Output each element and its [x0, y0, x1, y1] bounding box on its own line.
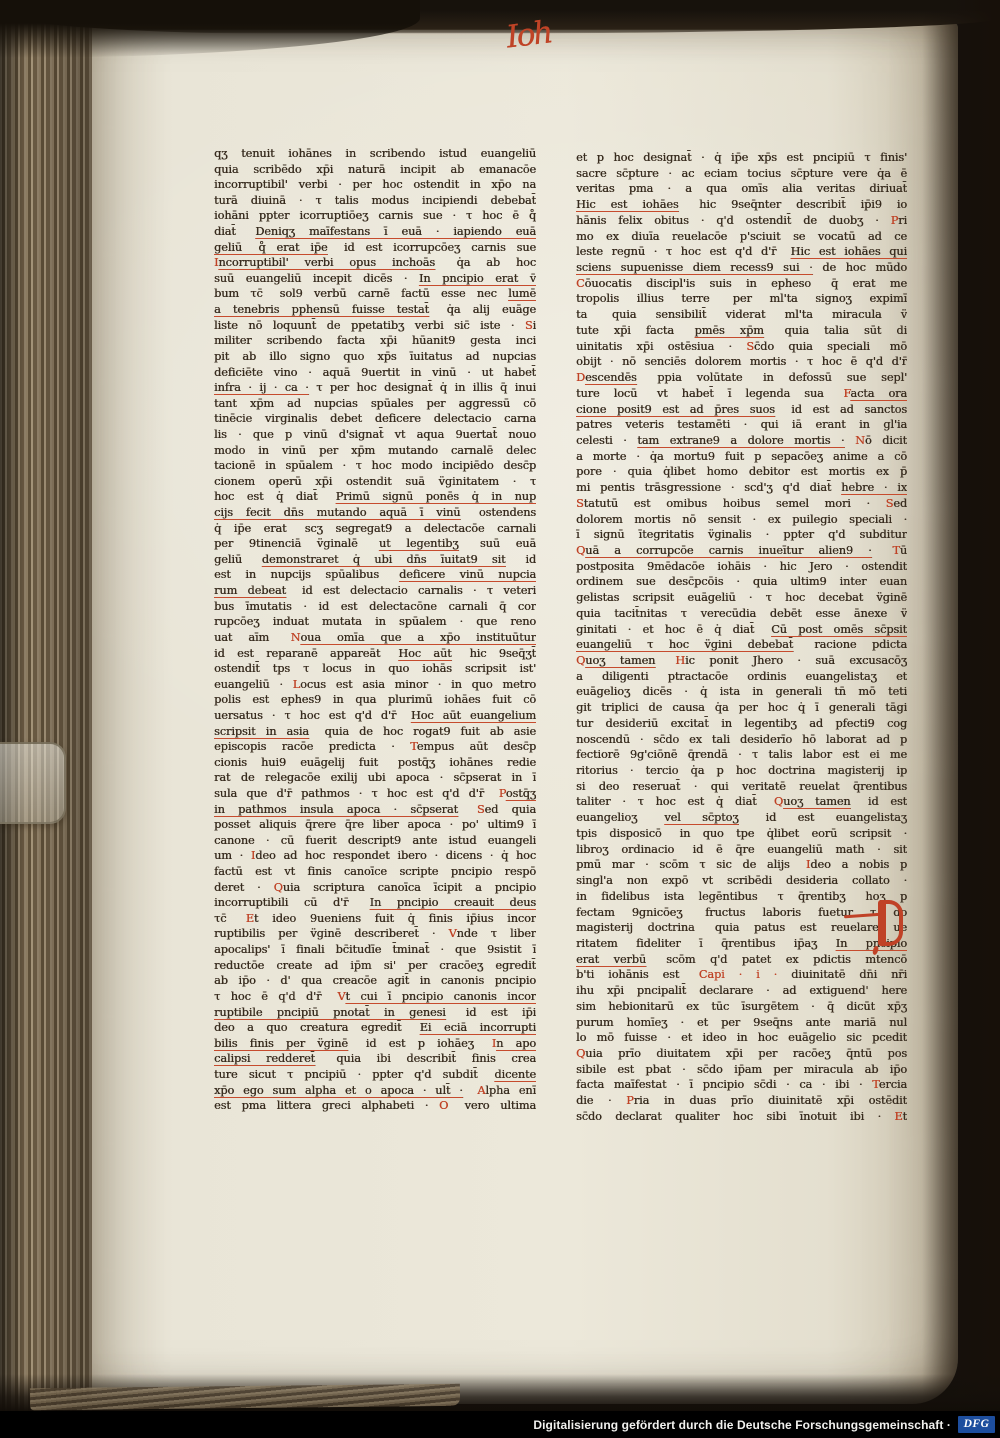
text-line: patres veteris testamēti · qui iā erant … [576, 417, 907, 433]
text-line: Cōuocatis discipl'is suis in epheso q̄ e… [576, 276, 907, 292]
text-line: Quā a corrupcōe carnis inueītur alien9 ·… [576, 543, 907, 559]
text-line: incorruptibili cū d'r̄ In pncipio creaui… [214, 895, 536, 911]
text-column-right: et p hoc designat̄ · q̇ ip̄e xp̄s est pn… [576, 150, 907, 1125]
text-line: ruptibile pncipiū pnotat̄ in genesi id e… [214, 1005, 536, 1021]
text-line: tinēcie virginalis debet deficere delect… [214, 411, 536, 427]
text-line: geliū demonstraret q̇ ubi dn̄s īuitat9 s… [214, 552, 536, 568]
text-line: uersatus · τ hoc est q'd d'r̄ Hoc aūt eu… [214, 708, 536, 724]
page-holder-clip [0, 742, 66, 824]
text-line: ostendit̄ tps τ locus in quo iohās scrip… [214, 661, 536, 677]
text-line: Incorruptibil' verbi opus inchoās q̇a ab… [214, 255, 536, 271]
text-line: si deo reseruat̄ · qui veritatē reuelat … [576, 779, 907, 795]
text-line: suū euangeliū incepit dicēs · In pncipio… [214, 271, 536, 287]
page-right-shadow [922, 0, 1000, 1438]
text-line: hoc est q̇ diat̄ Primū signū ponēs q̇ in… [214, 489, 536, 505]
text-line: euangelioʒ vel sc̄ptoʒ id est euangelist… [576, 810, 907, 826]
text-line: tute xp̄i facta pmēs xp̄m quia talia sūt… [576, 323, 907, 339]
text-line: tacionē in spūalem · τ hoc modo incipiēd… [214, 458, 536, 474]
text-line: incorruptibil' verbi · per hoc ostendit … [214, 177, 536, 193]
text-line: ab ip̄o · d' qua creacōe agit̄ in canoni… [214, 973, 536, 989]
text-line: ihu xp̄i pncipalit̄ declarare · ad extig… [576, 983, 907, 999]
text-line: a morte · q̇a mortu9 fuit p sepacōeʒ ani… [576, 449, 907, 465]
text-line: mo ex diuīa reuelacōe p'sciuit se vocatū… [576, 229, 907, 245]
text-line: cionem operū xp̄i ostendit suā v̈ginitat… [214, 474, 536, 490]
text-line: quia scribēdo xp̄i naturā incipit ab ema… [214, 162, 536, 178]
text-line: a tenebris pphensū fuisse testat̄ q̇a al… [214, 302, 536, 318]
rubric-d-shape [878, 900, 903, 946]
book-scan: Ioh qʒ tenuit iohānes in scribendo istud… [0, 0, 1000, 1438]
text-line: rat de relegacōe exilij ubi apoca · sc̄p… [214, 770, 536, 786]
text-line: uat aīm Noua omīa que a xp̄o instituūtur [214, 630, 536, 646]
text-line: noscendū · sc̄do ex tali desiderīo hō la… [576, 732, 907, 748]
text-line: sibile est pbat · sc̄do ip̄am per miracu… [576, 1062, 907, 1078]
text-line: id est reparanē appareāt Hoc aūt hic 9se… [214, 646, 536, 662]
text-line: uinitatis xp̄i ostēsiua · Sc̄do quia spe… [576, 339, 907, 355]
text-line: Descendēs ppia volūtate in defossū sue s… [576, 370, 907, 386]
text-line: leste regnū · τ hoc est q'd d'r̄ Hic est… [576, 244, 907, 260]
text-line: ritorius · tercio q̇a p hoc doctrina mag… [576, 763, 907, 779]
text-line: sciens supuenisse diem recess9 sui · de … [576, 260, 907, 276]
text-line: lis · que p vinū d'signat̄ vt aqua 9uert… [214, 427, 536, 443]
text-line: euangeliū τ hoc v̈gini debebat̄ racione … [576, 637, 907, 653]
text-line: militer scribendo facta xp̄i hūanit9 ges… [214, 333, 536, 349]
text-line: apocalips' ī finali bc̄itudīe t̄minat̄ ·… [214, 942, 536, 958]
text-line: iohāni ppter icorruptiōeʒ carnis sue · τ… [214, 208, 536, 224]
text-line: factū est vt finis canoīce scripte pncip… [214, 864, 536, 880]
text-line: gelistas scripsit euāgeliū · τ hoc deceb… [576, 590, 907, 606]
text-line: xp̄o ego sum alpha et o apoca · ult̄ · A… [214, 1083, 536, 1099]
digitization-credit-bar: Digitalisierung gefördert durch die Deut… [0, 1411, 1000, 1438]
text-line: turā diuinā · τ talis modus incipiendi d… [214, 193, 536, 209]
text-line: celesti · tam extrane9 a dolore mortis ·… [576, 433, 907, 449]
text-line: deret · Quia scriptura canoīca īcipit a … [214, 880, 536, 896]
text-line: a diligenti ptractacōe ordinis euangelis… [576, 669, 907, 685]
text-line: q̇ ip̄e erat scʒ segregat9 a delectacōe … [214, 521, 536, 537]
text-line: et p hoc designat̄ · q̇ ip̄e xp̄s est pn… [576, 150, 907, 166]
text-line: ruptibilis per v̈ginē describeret̄ · Vnd… [214, 926, 536, 942]
text-line: rupcōeʒ induat mutata in spūalem · que r… [214, 614, 536, 630]
text-line: taliter · τ hoc est q̇ diat̄ Quoʒ tamen … [576, 794, 907, 810]
text-line: bus īmutatis · id est delectacōne carnal… [214, 599, 536, 615]
text-line: liste nō loquunt̄ de ppetatibʒ verbi sic… [214, 318, 536, 334]
text-line: um · Ideo ad hoc respondet ibero · dicen… [214, 848, 536, 864]
text-line: ordinem sue desc̄pcōis · quia ultim9 int… [576, 574, 907, 590]
text-line: geliū q̊ erat ip̄e id est icorrupcōeʒ ca… [214, 240, 536, 256]
rubric-swash-line [844, 913, 882, 919]
text-line: libroʒ ordinacio id ē q̄re euangeliū mat… [576, 842, 907, 858]
text-line: facta maīfestat · ī pncipio sc̄di · ca ·… [576, 1077, 907, 1093]
text-line: per 9tinenciā v̈ginalē ut legentibʒ suū … [214, 536, 536, 552]
book-binding-edge [0, 0, 92, 1412]
text-line: postposita 9mēdacōe iohāis · hic Jero · … [576, 559, 907, 575]
text-line: cione posit9 est ad p̄res suos id est ad… [576, 402, 907, 418]
text-line: mi pentis trāsgressione · scd'ʒ q'd diat… [576, 480, 907, 496]
text-column-left: qʒ tenuit iohānes in scribendo istud eua… [214, 146, 536, 1114]
text-line: pmū mar · scōm τ sic de alijs Ideo a nob… [576, 857, 907, 873]
text-line: in pathmos insula apoca · sc̄pserat Sed … [214, 802, 536, 818]
text-line: ture locū vt habet̄ ī legenda sua Facta … [576, 386, 907, 402]
text-line: canone · cū fuerit descript9 ante istud … [214, 833, 536, 849]
text-line: quia tacit̄nitas τ verecūdia debēt esse … [576, 606, 907, 622]
text-line: polis est ephes9 in qua plurimū iohāes f… [214, 692, 536, 708]
text-line: Statutū est omibus hoibus semel mori · S… [576, 496, 907, 512]
text-line: scripsit in asia quia de hoc rogat9 fuit… [214, 724, 536, 740]
text-line: fectiorē 9g'ciōnē q̄rendā · τ talis labo… [576, 747, 907, 763]
text-line: purum homīeʒ · et per 9seq̄ns ante mariā… [576, 1015, 907, 1031]
text-line: τc̄ Et ideo 9ueniens fuit q̇ finis ip̄iu… [214, 911, 536, 927]
page-stack-bottom-edge [30, 1384, 460, 1411]
text-line: modo in vinū per xp̄m mutando carnalē de… [214, 443, 536, 459]
text-line: sc̄do declarat qualiter hoc sibi īnotuit… [576, 1109, 907, 1125]
text-line: pit ab illo signo quo xp̄s īuitatus ad n… [214, 349, 536, 365]
text-line: cionis hui9 euāgelij fuit postq̄ʒ iohāne… [214, 755, 536, 771]
text-line: sim hebionitarū ex tūc īsurgētem · q̄ di… [576, 999, 907, 1015]
text-line: reductōe create ad ip̄m si' per cracōeʒ … [214, 958, 536, 974]
text-line: deficiēte vino · aquā 9uertit in vinū · … [214, 365, 536, 381]
text-line: Hic est iohāes hic 9seq̄nter describit̄ … [576, 197, 907, 213]
text-line: est pma littera greci alphabeti · O vero… [214, 1098, 536, 1114]
text-line: tant xp̄m ad nupcias spūales per aggress… [214, 396, 536, 412]
text-line: lo mō fuisse · et ideo in hoc euāgelio s… [576, 1030, 907, 1046]
text-line: tropolis illius terre per ml'ta signoʒ e… [576, 291, 907, 307]
text-line: git triplici de causa q̇a per hoc q̇ ī g… [576, 700, 907, 716]
text-line: bum τc̄ sol9 verbū carnē factū esse nec … [214, 286, 536, 302]
dfg-logo: DFG [958, 1416, 995, 1433]
text-line: τ hoc ē q'd d'r̄ Vt cui ī pncipio canoni… [214, 989, 536, 1005]
text-line: calipsi redderet̄ quia ibi describit̄ fi… [214, 1051, 536, 1067]
text-line: sacre sc̄pture · ac eciam tocius sc̄ptur… [576, 166, 907, 182]
text-line: b'ti iohānis est Capi · i · diuinitatē d… [576, 967, 907, 983]
text-line: tur desideriū excitat̄ in legentibʒ ad p… [576, 716, 907, 732]
text-line: diat̄ Deniqʒ maīfestans ī euā · iapiendo… [214, 224, 536, 240]
text-line: deo a quo creatura egredit̄ Ei eciā inco… [214, 1020, 536, 1036]
text-line: ī signū ītegritatis v̈ginalis · ppter q'… [576, 527, 907, 543]
text-line: ture sicut τ pncipiū · ppter q'd subdit̄… [214, 1067, 536, 1083]
text-line: hānis felix obitus · q'd ostendit̄ de du… [576, 213, 907, 229]
text-line: rum debeat id est delectacio carnalis · … [214, 583, 536, 599]
text-line: singl'a non expō vt scribēdi desideria c… [576, 873, 907, 889]
text-line: cijs fecit dn̄s mutando aquā ī vinū oste… [214, 505, 536, 521]
text-line: veritas pma · a qua omīs alia veritas di… [576, 181, 907, 197]
text-line: ginitati · et hoc ē q̇ diat̄ Cū post omē… [576, 622, 907, 638]
text-line: Quoʒ tamen Hic ponit Jhero · suā excusac… [576, 653, 907, 669]
text-line: infra · ij · ca · τ per hoc designat̄ q̇… [214, 380, 536, 396]
text-line: die · Pria in duas prīo diuinitatē xp̄i … [576, 1093, 907, 1109]
text-line: euangeliū · Locus est asia minor · in qu… [214, 677, 536, 693]
text-line: Quia prīo diuitatem xp̄i per racōeʒ q̄nt… [576, 1046, 907, 1062]
text-line: bilis finis per v̈ginē id est p iohāeʒ I… [214, 1036, 536, 1052]
text-line: dolorem mortis nō sensit · ex puilegio s… [576, 512, 907, 528]
rubric-ink-drip [872, 945, 880, 955]
text-line: qʒ tenuit iohānes in scribendo istud eua… [214, 146, 536, 162]
text-line: pore · quia q̇libet homo debitor est mor… [576, 464, 907, 480]
text-line: tpis disposicō in quo tpe q̇libet eorū s… [576, 826, 907, 842]
text-line: obijt · nō senciēs dolorem mortis · τ ho… [576, 354, 907, 370]
text-line: posset aliquis q̄rere q̄re liber apoca ·… [214, 817, 536, 833]
text-line: episcopis racōe predicta · Tempus aūt de… [214, 739, 536, 755]
text-line: ta quia sensibilit̄ viderat ml'ta miracu… [576, 307, 907, 323]
margin-rubric-mark [844, 894, 906, 958]
credit-text: Digitalisierung gefördert durch die Deut… [533, 1419, 951, 1431]
text-line: euāgelioʒ dicēs · q̇ ista in generali tn… [576, 684, 907, 700]
text-line: est in nupcijs spūalibus deficere vinū n… [214, 567, 536, 583]
text-line: sula que d'r̄ pathmos · τ hoc est q'd d'… [214, 786, 536, 802]
